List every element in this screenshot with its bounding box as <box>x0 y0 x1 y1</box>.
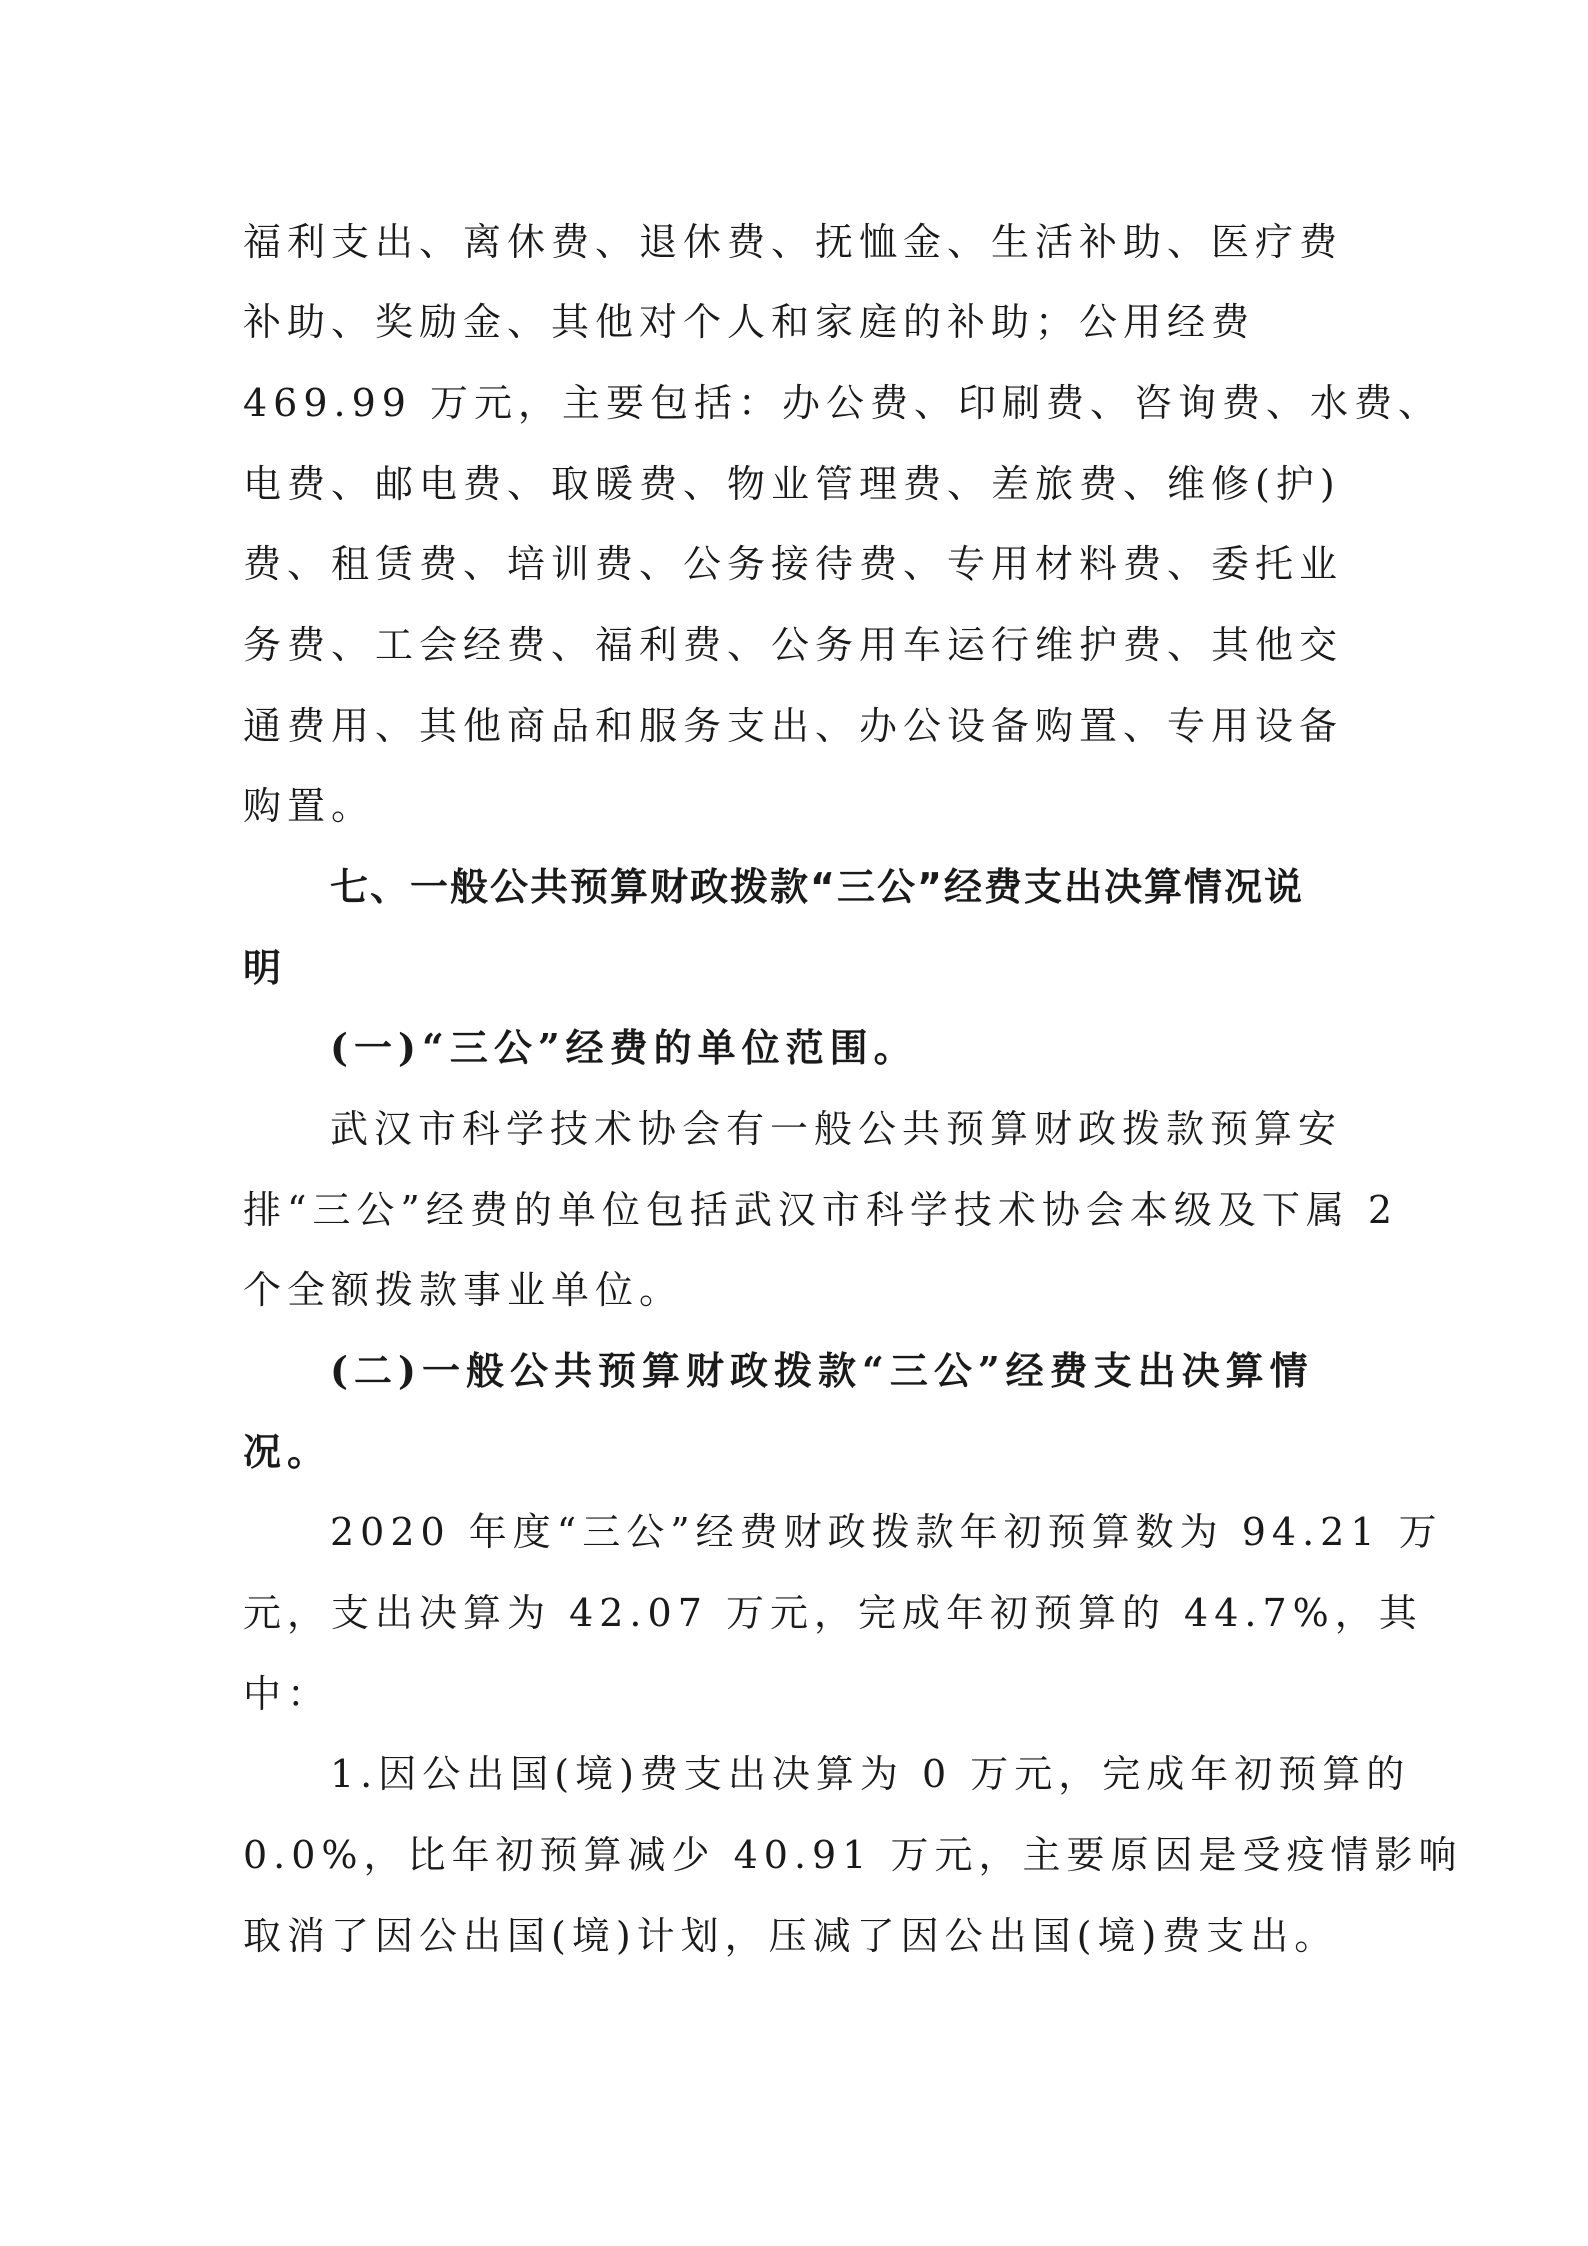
subsection-heading-line: (二)一般公共预算财政拨款“三公”经费支出决算情 <box>330 1349 1314 1393</box>
document-page: 福利支出、离休费、退休费、抚恤金、生活补助、医疗费补助、奖励金、其他对个人和家庭… <box>0 0 1588 2246</box>
paragraph-line: 武汉市科学技术协会有一般公共预算财政拨款预算安 <box>330 1107 1342 1151</box>
paragraph-line: 1.因公出国(境)费支出决算为 0 万元，完成年初预算的 <box>330 1752 1410 1796</box>
paragraph-line: 购置。 <box>243 784 375 828</box>
paragraph-line: 通费用、其他商品和服务支出、办公设备购置、专用设备 <box>243 704 1343 748</box>
section-heading-line: 明 <box>243 946 283 990</box>
section-heading-line: 七、一般公共预算财政拨款“三公”经费支出决算情况说 <box>330 865 1304 909</box>
paragraph-line: 中： <box>243 1672 331 1716</box>
paragraph-line: 务费、工会经费、福利费、公务用车运行维护费、其他交 <box>243 623 1343 667</box>
paragraph-line: 469.99 万元，主要包括：办公费、印刷费、咨询费、水费、 <box>243 381 1442 425</box>
subsection-heading-line: (一)“三公”经费的单位范围。 <box>330 1026 918 1070</box>
paragraph-line: 2020 年度“三公”经费财政拨款年初预算数为 94.21 万 <box>330 1510 1443 1554</box>
paragraph-line: 0.0%，比年初预算减少 40.91 万元，主要原因是受疫情影响 <box>243 1833 1463 1877</box>
paragraph-line: 个全额拨款事业单位。 <box>243 1268 683 1312</box>
paragraph-line: 补助、奖励金、其他对个人和家庭的补助；公用经费 <box>243 300 1255 344</box>
subsection-heading-line: 况。 <box>243 1430 331 1474</box>
paragraph-line: 费、租赁费、培训费、公务接待费、专用材料费、委托业 <box>243 542 1343 586</box>
paragraph-line: 电费、邮电费、取暖费、物业管理费、差旅费、维修(护) <box>243 462 1341 506</box>
paragraph-line: 取消了因公出国(境)计划，压减了因公出国(境)费支出。 <box>243 1914 1338 1958</box>
paragraph-line: 排“三公”经费的单位包括武汉市科学技术协会本级及下属 2 <box>243 1188 1398 1232</box>
paragraph-line: 福利支出、离休费、退休费、抚恤金、生活补助、医疗费 <box>243 220 1343 264</box>
paragraph-line: 元，支出决算为 42.07 万元，完成年初预算的 44.7%，其 <box>243 1591 1423 1635</box>
